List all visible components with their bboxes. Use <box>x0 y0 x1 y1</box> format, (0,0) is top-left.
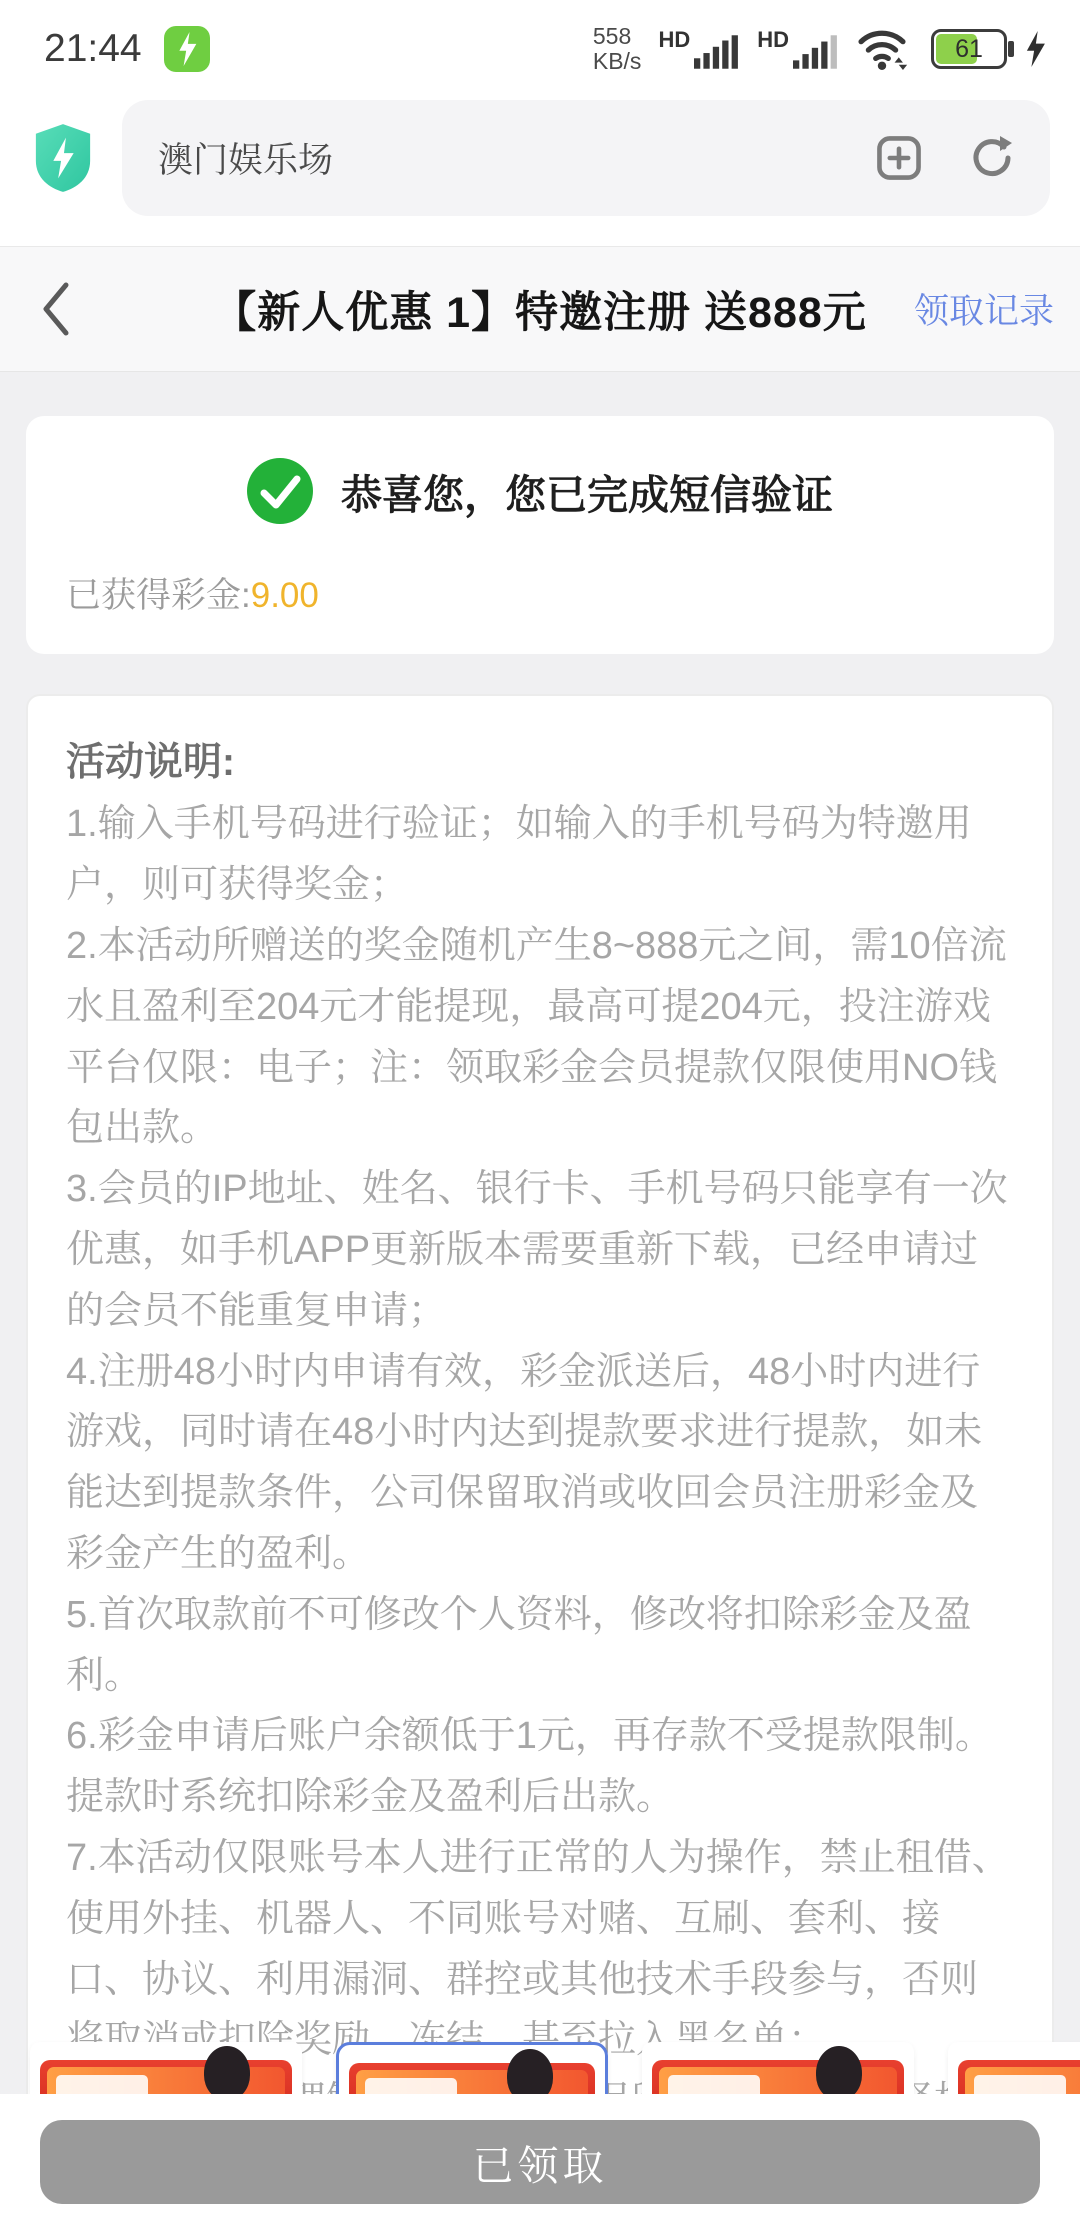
hd-badge: HD <box>658 29 690 51</box>
sim2-signal: HD <box>757 29 839 69</box>
rule-item: 5.首次取款前不可修改个人资料，修改将扣除彩金及盈利。 <box>66 1585 1014 1707</box>
bonus-label: 已获得彩金: <box>66 576 251 615</box>
signal-bars-icon <box>694 35 740 69</box>
bonus-row: 已获得彩金:9.00 <box>66 568 1014 618</box>
signal-bars-icon <box>793 35 839 69</box>
network-speed-unit: KB/s <box>593 49 642 74</box>
refresh-icon[interactable] <box>966 134 1014 182</box>
battery-indicator: 61 <box>931 29 1007 69</box>
battery-nub <box>1008 41 1014 57</box>
clock: 21:44 <box>44 27 142 71</box>
rule-item: 2.本活动所赠送的奖金随机产生8~888元之间，需10倍流水且盈利至204元才能… <box>66 916 1014 1159</box>
sim1-signal: HD <box>658 29 740 69</box>
security-shield-icon <box>32 122 94 194</box>
activity-rules-card: 活动说明: 1.输入手机号码进行验证；如输入的手机号码为特邀用户，则可获得奖金；… <box>26 694 1054 2174</box>
claim-history-link[interactable]: 领取记录 <box>914 284 1054 334</box>
browser-chrome: 21:44 558 KB/s HD <box>0 0 1080 246</box>
network-speed-value: 558 <box>593 24 642 49</box>
add-bookmark-icon[interactable] <box>876 135 922 181</box>
success-message: 恭喜您，您已完成短信验证 <box>341 462 833 521</box>
rule-item: 6.彩金申请后账户余额低于1元，再存款不受提款限制。提款时系统扣除彩金及盈利后出… <box>66 1706 1014 1828</box>
banner-person-figure <box>204 2046 250 2100</box>
rules-heading: 活动说明: <box>66 732 1014 794</box>
rule-item: 3.会员的IP地址、姓名、银行卡、手机号码只能享有一次优惠，如手机APP更新版本… <box>66 1159 1014 1341</box>
rule-item: 1.输入手机号码进行验证；如输入的手机号码为特邀用户，则可获得奖金； <box>66 794 1014 916</box>
url-text[interactable]: 澳门娱乐场 <box>158 133 876 183</box>
page-body: 恭喜您，您已完成短信验证 已获得彩金:9.00 活动说明: 1.输入手机号码进行… <box>0 386 1080 2224</box>
rule-item: 7.本活动仅限账号本人进行正常的人为操作，禁止租借、使用外挂、机器人、不同账号对… <box>66 1828 1014 2071</box>
charging-bolt-icon <box>1024 31 1046 67</box>
bonus-value: 9.00 <box>251 576 319 615</box>
battery-saver-icon <box>164 26 210 72</box>
address-bar[interactable]: 澳门娱乐场 <box>122 100 1050 216</box>
verification-result-card: 恭喜您，您已完成短信验证 已获得彩金:9.00 <box>26 416 1054 654</box>
network-speed: 558 KB/s <box>593 24 642 74</box>
status-bar: 21:44 558 KB/s HD <box>0 0 1080 92</box>
lightning-icon <box>175 32 199 66</box>
banner-person-figure <box>816 2046 862 2100</box>
bottom-bar: 已领取 <box>0 2094 1080 2224</box>
claimed-button[interactable]: 已领取 <box>40 2120 1040 2204</box>
back-chevron-icon <box>36 279 74 339</box>
success-check-icon <box>247 458 313 524</box>
browser-url-bar: 澳门娱乐场 <box>0 92 1080 246</box>
back-button[interactable] <box>36 279 74 344</box>
rules-list: 1.输入手机号码进行验证；如输入的手机号码为特邀用户，则可获得奖金；2.本活动所… <box>66 794 1014 2132</box>
page-header: 【新人优惠 1】特邀注册 送888元 领取记录 <box>0 246 1080 372</box>
rule-item: 4.注册48小时内申请有效，彩金派送后，48小时内进行游戏，同时请在48小时内达… <box>66 1342 1014 1585</box>
battery-percent: 61 <box>934 32 1004 66</box>
wifi-icon <box>856 27 908 71</box>
page-title: 【新人优惠 1】特邀注册 送888元 <box>213 279 867 340</box>
hd-badge: HD <box>757 29 789 51</box>
